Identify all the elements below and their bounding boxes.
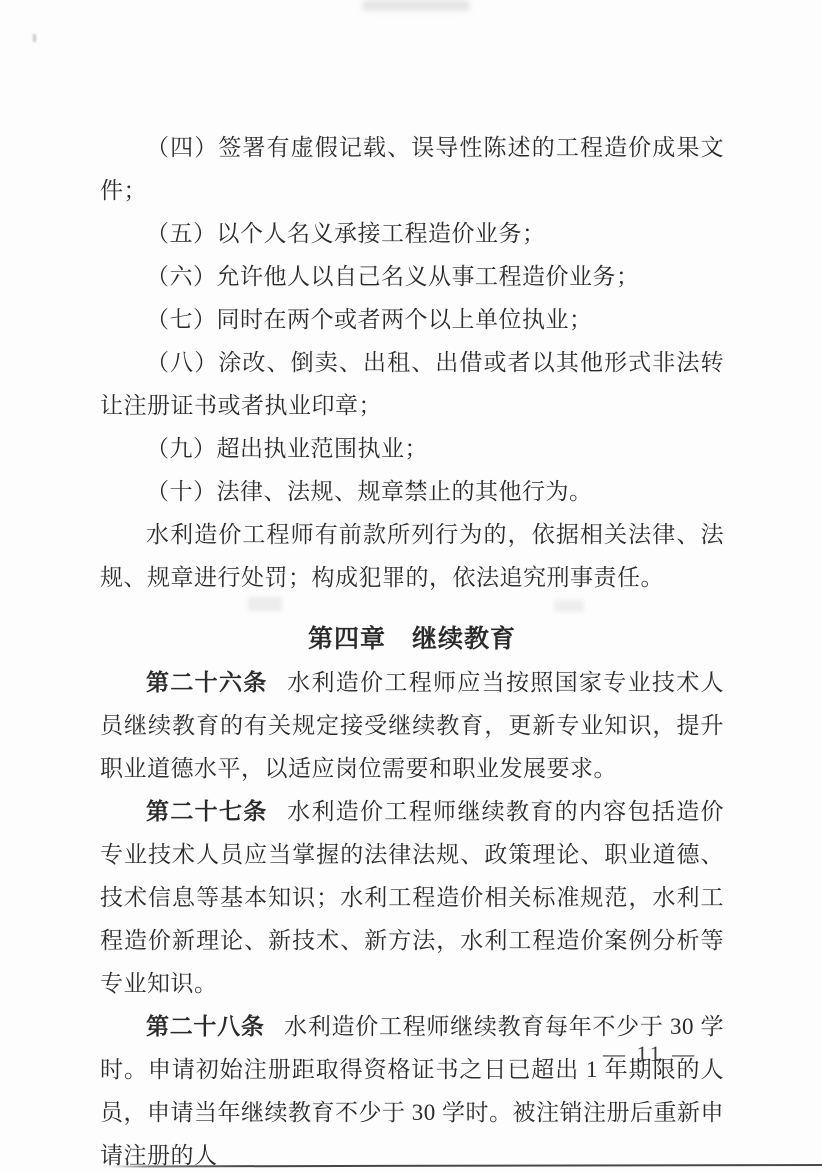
article-number: 第二十八条 <box>146 1014 265 1039</box>
clause-text: （八）涂改、倒卖、出租、出借或者以其他形式非法转让注册证书或者执业印章； <box>100 350 724 418</box>
paragraph-text: 水利造价工程师有前款所列行为的，依据相关法律、法规、规章进行处罚；构成犯罪的，依… <box>100 522 724 590</box>
list-item-clause-6: （六）允许他人以自己名义从事工程造价业务； <box>100 255 724 298</box>
clause-text: （四）签署有虚假记载、误导性陈述的工程造价成果文件； <box>100 135 724 203</box>
paragraph-article-26: 第二十六条水利造价工程师应当按照国家专业技术人员继续教育的有关规定接受继续教育，… <box>100 661 724 790</box>
paragraph-article-27: 第二十七条水利造价工程师继续教育的内容包括造价专业技术人员应当掌握的法律法规、政… <box>100 790 724 1005</box>
clause-text: （五）以个人名义承接工程造价业务； <box>146 221 546 246</box>
article-number: 第二十七条 <box>146 799 268 824</box>
chapter-heading: 第四章 继续教育 <box>100 618 724 661</box>
list-item-clause-9: （九）超出执业范围执业； <box>100 427 724 470</box>
paragraph-penalty: 水利造价工程师有前款所列行为的，依据相关法律、法规、规章进行处罚；构成犯罪的，依… <box>100 513 724 599</box>
article-number: 第二十六条 <box>146 670 268 695</box>
scan-artifact-top-smudge <box>362 0 470 11</box>
clause-text: （六）允许他人以自己名义从事工程造价业务； <box>146 264 640 289</box>
list-item-clause-7: （七）同时在两个或者两个以上单位执业； <box>100 298 724 341</box>
clause-text: （七）同时在两个或者两个以上单位执业； <box>146 307 593 332</box>
article-text: 水利造价工程师继续教育的内容包括造价专业技术人员应当掌握的法律法规、政策理论、职… <box>100 799 724 996</box>
document-body: （四）签署有虚假记载、误导性陈述的工程造价成果文件； （五）以个人名义承接工程造… <box>100 126 724 1173</box>
scan-artifact-dot <box>33 34 36 42</box>
list-item-clause-4: （四）签署有虚假记载、误导性陈述的工程造价成果文件； <box>100 126 724 212</box>
paragraph-article-28: 第二十八条水利造价工程师继续教育每年不少于 30 学时。申请初始注册距取得资格证… <box>100 1005 724 1173</box>
scanned-document-page: （四）签署有虚假记载、误导性陈述的工程造价成果文件； （五）以个人名义承接工程造… <box>0 0 822 1173</box>
page-number: — 11 — <box>603 1041 697 1067</box>
list-item-clause-10: （十）法律、法规、规章禁止的其他行为。 <box>100 470 724 513</box>
list-item-clause-8: （八）涂改、倒卖、出租、出借或者以其他形式非法转让注册证书或者执业印章； <box>100 341 724 427</box>
list-item-clause-5: （五）以个人名义承接工程造价业务； <box>100 212 724 255</box>
clause-text: （十）法律、法规、规章禁止的其他行为。 <box>146 479 593 504</box>
clause-text: （九）超出执业范围执业； <box>146 436 428 461</box>
